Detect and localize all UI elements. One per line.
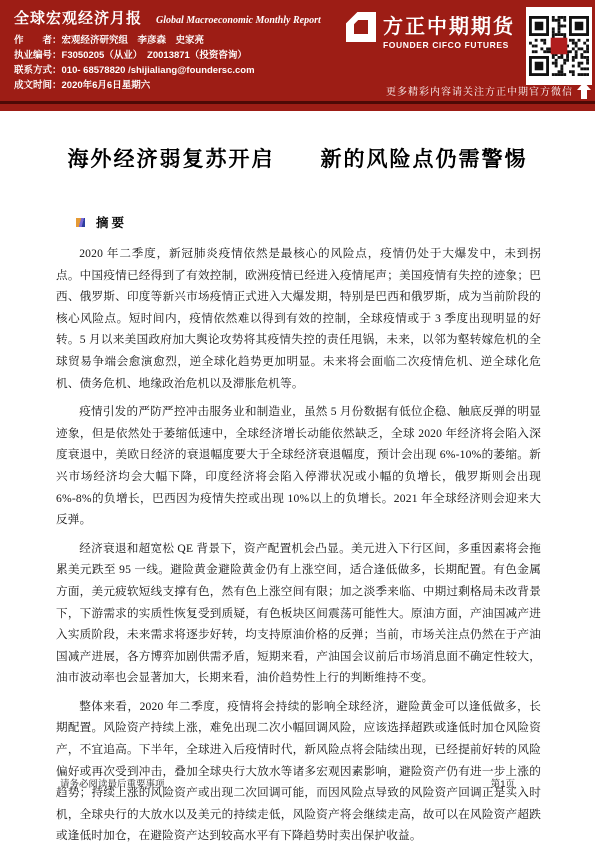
abstract-body: 2020 年二季度，新冠肺炎疫情依然是最核心的风险点，疫情仍处于大爆发中，未到拐… <box>0 231 595 842</box>
date-label: 成文时间： <box>14 80 62 91</box>
author-label: 作 者： <box>14 35 62 46</box>
abstract-paragraph-4: 整体来看，2020 年二季度，疫情将会持续的影响全球经济，避险黄金可以逢低做多，… <box>56 696 541 842</box>
section-bullet-icon <box>76 218 85 227</box>
abstract-heading-label: 摘要 <box>96 213 127 231</box>
license-label: 执业编号： <box>14 50 62 61</box>
date-row: 成文时间：2020年6月6日星期六 <box>14 78 321 93</box>
contact-value: 010- 68578820 /shijialiang@foundersc.com <box>62 65 255 76</box>
contact-row: 联系方式：010- 68578820 /shijialiang@founders… <box>14 63 321 78</box>
arrow-up-icon <box>577 82 591 99</box>
founder-logo-icon <box>346 12 376 42</box>
masthead-strip <box>0 104 595 111</box>
brand-name-en: FOUNDER CIFCO FUTURES <box>383 40 515 50</box>
author-row: 作 者：宏观经济研究组 李彦森 史家亮 <box>14 33 321 48</box>
abstract-paragraph-1: 2020 年二季度，新冠肺炎疫情依然是最核心的风险点，疫情仍处于大爆发中，未到拐… <box>56 243 541 394</box>
license-value: F3050205（从业） Z0013871（投资咨询） <box>62 50 247 61</box>
report-type-row: 全球宏观经济月报 Global Macroeconomic Monthly Re… <box>14 7 321 28</box>
abstract-heading: 摘要 <box>76 213 595 231</box>
masthead-left: 全球宏观经济月报 Global Macroeconomic Monthly Re… <box>14 7 321 93</box>
masthead: 全球宏观经济月报 Global Macroeconomic Monthly Re… <box>0 0 595 101</box>
report-type-en: Global Macroeconomic Monthly Report <box>156 15 321 26</box>
page-footer: 请务必阅读最后重要事项 第1页 <box>0 773 595 790</box>
page-number: 第1页 <box>491 776 515 790</box>
abstract-paragraph-3: 经济衰退和超宽松 QE 背景下，资产配置机会凸显。美元进入下行区间，多重因素将会… <box>56 538 541 689</box>
wechat-qr-code <box>526 7 592 85</box>
license-row: 执业编号：F3050205（从业） Z0013871（投资咨询） <box>14 48 321 63</box>
contact-label: 联系方式： <box>14 65 62 76</box>
report-type-cn: 全球宏观经济月报 <box>14 7 142 28</box>
footer-disclaimer: 请务必阅读最后重要事项 <box>60 776 165 790</box>
report-page: 全球宏观经济月报 Global Macroeconomic Monthly Re… <box>0 0 595 842</box>
abstract-paragraph-2: 疫情引发的严防严控冲击服务业和制造业，虽然 5 月份数据有低位企稳、触底反弹的明… <box>56 401 541 531</box>
page-title: 海外经济弱复苏开启 新的风险点仍需警惕 <box>0 143 595 173</box>
date-value: 2020年6月6日星期六 <box>62 80 151 91</box>
wechat-note: 更多精彩内容请关注方正中期官方微信 <box>386 83 573 98</box>
masthead-fields: 作 者：宏观经济研究组 李彦森 史家亮 执业编号：F3050205（从业） Z0… <box>14 33 321 93</box>
brand-block: 方正中期期货 FOUNDER CIFCO FUTURES <box>346 10 515 50</box>
brand-name-cn: 方正中期期货 <box>383 10 515 39</box>
author-value: 宏观经济研究组 李彦森 史家亮 <box>62 35 205 46</box>
